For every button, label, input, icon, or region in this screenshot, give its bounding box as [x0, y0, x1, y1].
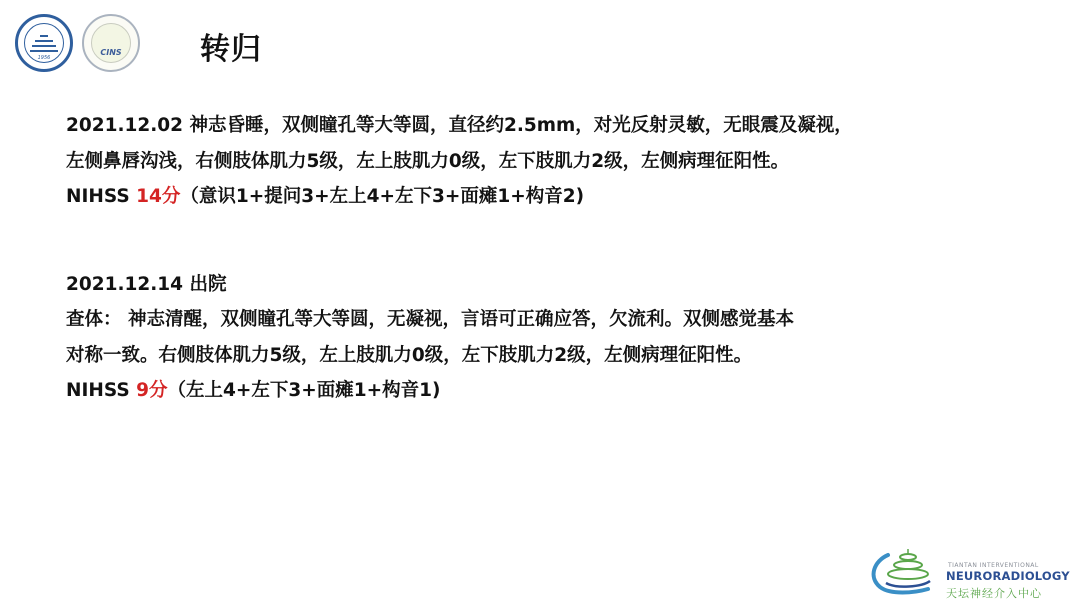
logo-year: 1956 — [18, 55, 70, 61]
nihss-label: NIHSS — [66, 186, 136, 207]
section-discharge: 2021.12.14 出院 查体： 神志清醒，双侧瞳孔等大等圆，无凝视，言语可正… — [66, 267, 1026, 409]
text-line: 查体： 神志清醒，双侧瞳孔等大等圆，无凝视，言语可正确应答，欠流利。双侧感觉基本 — [66, 302, 1026, 338]
brain-emblem-icon — [91, 23, 131, 63]
neuroradiology-brand-logo: TIANTAN INTERVENTIONAL NEURORADIOLOGY 天坛… — [866, 543, 1066, 603]
slide-title: 转归 — [200, 24, 262, 68]
section-spacer — [66, 215, 1026, 267]
temple-base-icon — [30, 50, 58, 52]
text-line: 2021.12.14 出院 — [66, 267, 1026, 303]
brand-chinese-name: 天坛神经介入中心 — [946, 585, 1042, 601]
brand-subtitle: TIANTAN INTERVENTIONAL — [948, 562, 1039, 569]
cins-logo: CINS — [82, 14, 140, 72]
tiantan-hospital-logo: 1956 — [15, 14, 73, 72]
nihss-label: NIHSS — [66, 380, 136, 401]
text-line: 2021.12.02 神志昏睡，双侧瞳孔等大等圆，直径约2.5mm，对光反射灵敏… — [66, 108, 1026, 144]
cins-text: CINS — [84, 48, 138, 57]
temple-tier-icon — [32, 45, 56, 47]
text-line: 对称一致。右侧肢体肌力5级，左上肢肌力0级，左下肢肌力2级，左侧病理征阳性。 — [66, 338, 1026, 374]
temple-tier-icon — [35, 40, 53, 42]
temple-roof-icon — [40, 35, 48, 37]
section-admission: 2021.12.02 神志昏睡，双侧瞳孔等大等圆，直径约2.5mm，对光反射灵敏… — [66, 108, 1026, 215]
text-line: 左侧鼻唇沟浅，右侧肢体肌力5级，左上肢肌力0级，左下肢肌力2级，左侧病理征阳性。 — [66, 144, 1026, 180]
nihss-detail: （意识1+提问3+左上4+左下3+面瘫1+构音2) — [180, 186, 584, 207]
nihss-line: NIHSS 14分（意识1+提问3+左上4+左下3+面瘫1+构音2) — [66, 179, 1026, 215]
nihss-detail: （左上4+左下3+面瘫1+构音1) — [167, 380, 440, 401]
slide-content: 2021.12.02 神志昏睡，双侧瞳孔等大等圆，直径约2.5mm，对光反射灵敏… — [66, 108, 1026, 409]
brand-name: NEURORADIOLOGY — [946, 569, 1070, 583]
nihss-line: NIHSS 9分（左上4+左下3+面瘫1+构音1) — [66, 373, 1026, 409]
temple-swirl-icon — [866, 543, 946, 603]
nihss-score: 9分 — [136, 380, 167, 401]
nihss-score: 14分 — [136, 186, 180, 207]
